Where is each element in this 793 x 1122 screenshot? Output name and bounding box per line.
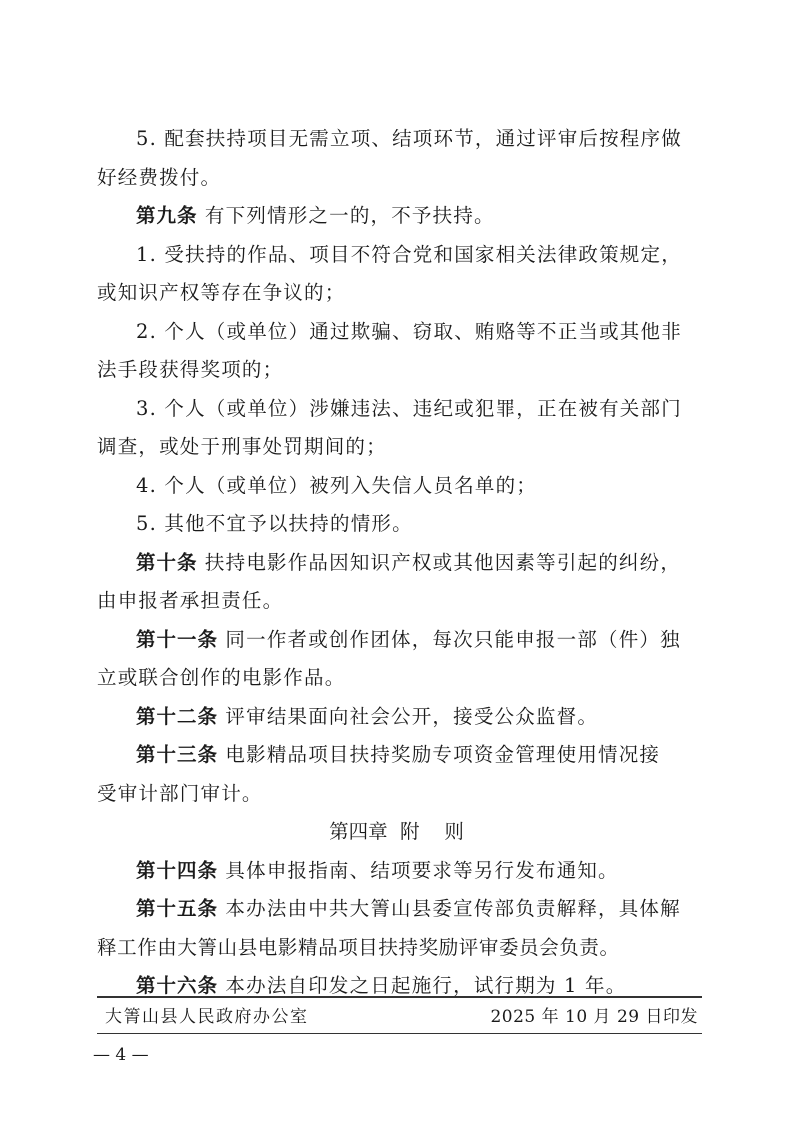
article-15: 第十五条 本办法由中共大箐山县委宣传部负责解释，具体解	[136, 897, 736, 921]
article-label: 第十条	[136, 551, 198, 574]
footer-bottom-rule	[97, 1033, 702, 1034]
paragraph-line: 立或联合创作的电影作品。	[97, 666, 697, 690]
paragraph-line: 由申报者承担责任。	[97, 589, 697, 613]
article-label: 第十一条	[136, 628, 218, 651]
footer-date: 2025 年 10 月 29 日印发	[490, 1005, 698, 1029]
article-11: 第十一条 同一作者或创作团体，每次只能申报一部（件）独	[136, 628, 736, 652]
article-label: 第十三条	[136, 743, 218, 766]
article-label: 第九条	[136, 204, 198, 227]
paragraph-line: 受审计部门审计。	[97, 782, 697, 806]
paragraph-line: 1. 受扶持的作品、项目不符合党和国家相关法律政策规定，	[136, 243, 736, 267]
paragraph-line: 调查，或处于刑事处罚期间的；	[97, 435, 697, 459]
article-label: 第十二条	[136, 705, 218, 728]
paragraph-line: 5. 其他不宜予以扶持的情形。	[136, 512, 736, 536]
paragraph-line: 2. 个人（或单位）通过欺骗、窃取、贿赂等不正当或其他非	[136, 320, 736, 344]
article-9: 第九条 有下列情形之一的，不予扶持。	[136, 204, 736, 228]
article-label: 第十六条	[136, 974, 218, 997]
paragraph-line: 释工作由大箐山县电影精品项目扶持奖励评审委员会负责。	[97, 936, 697, 960]
article-10: 第十条 扶持电影作品因知识产权或其他因素等引起的纠纷，	[136, 551, 736, 575]
paragraph-line: 4. 个人（或单位）被列入失信人员名单的；	[136, 474, 736, 498]
paragraph-line: 法手段获得奖项的；	[97, 358, 697, 382]
article-label: 第十四条	[136, 859, 218, 882]
footer-issuer: 大箐山县人民政府办公室	[105, 1005, 309, 1029]
article-13: 第十三条 电影精品项目扶持奖励专项资金管理使用情况接	[136, 743, 736, 767]
paragraph-line: 5. 配套扶持项目无需立项、结项环节，通过评审后按程序做	[136, 127, 736, 151]
paragraph-line: 好经费拨付。	[97, 166, 697, 190]
article-label: 第十五条	[136, 897, 218, 920]
article-14: 第十四条 具体申报指南、结项要求等另行发布通知。	[136, 859, 736, 883]
article-16: 第十六条 本办法自印发之日起施行，试行期为 1 年。	[136, 974, 736, 998]
page-number: — 4 —	[93, 1043, 149, 1067]
chapter-title: 第四章 附 则	[0, 820, 793, 844]
paragraph-line: 或知识产权等存在争议的；	[97, 281, 697, 305]
footer-top-rule	[97, 996, 702, 998]
paragraph-line: 3. 个人（或单位）涉嫌违法、违纪或犯罪，正在被有关部门	[136, 397, 736, 421]
document-page: 5. 配套扶持项目无需立项、结项环节，通过评审后按程序做 好经费拨付。 第九条 …	[0, 0, 793, 1122]
article-12: 第十二条 评审结果面向社会公开，接受公众监督。	[136, 705, 736, 729]
